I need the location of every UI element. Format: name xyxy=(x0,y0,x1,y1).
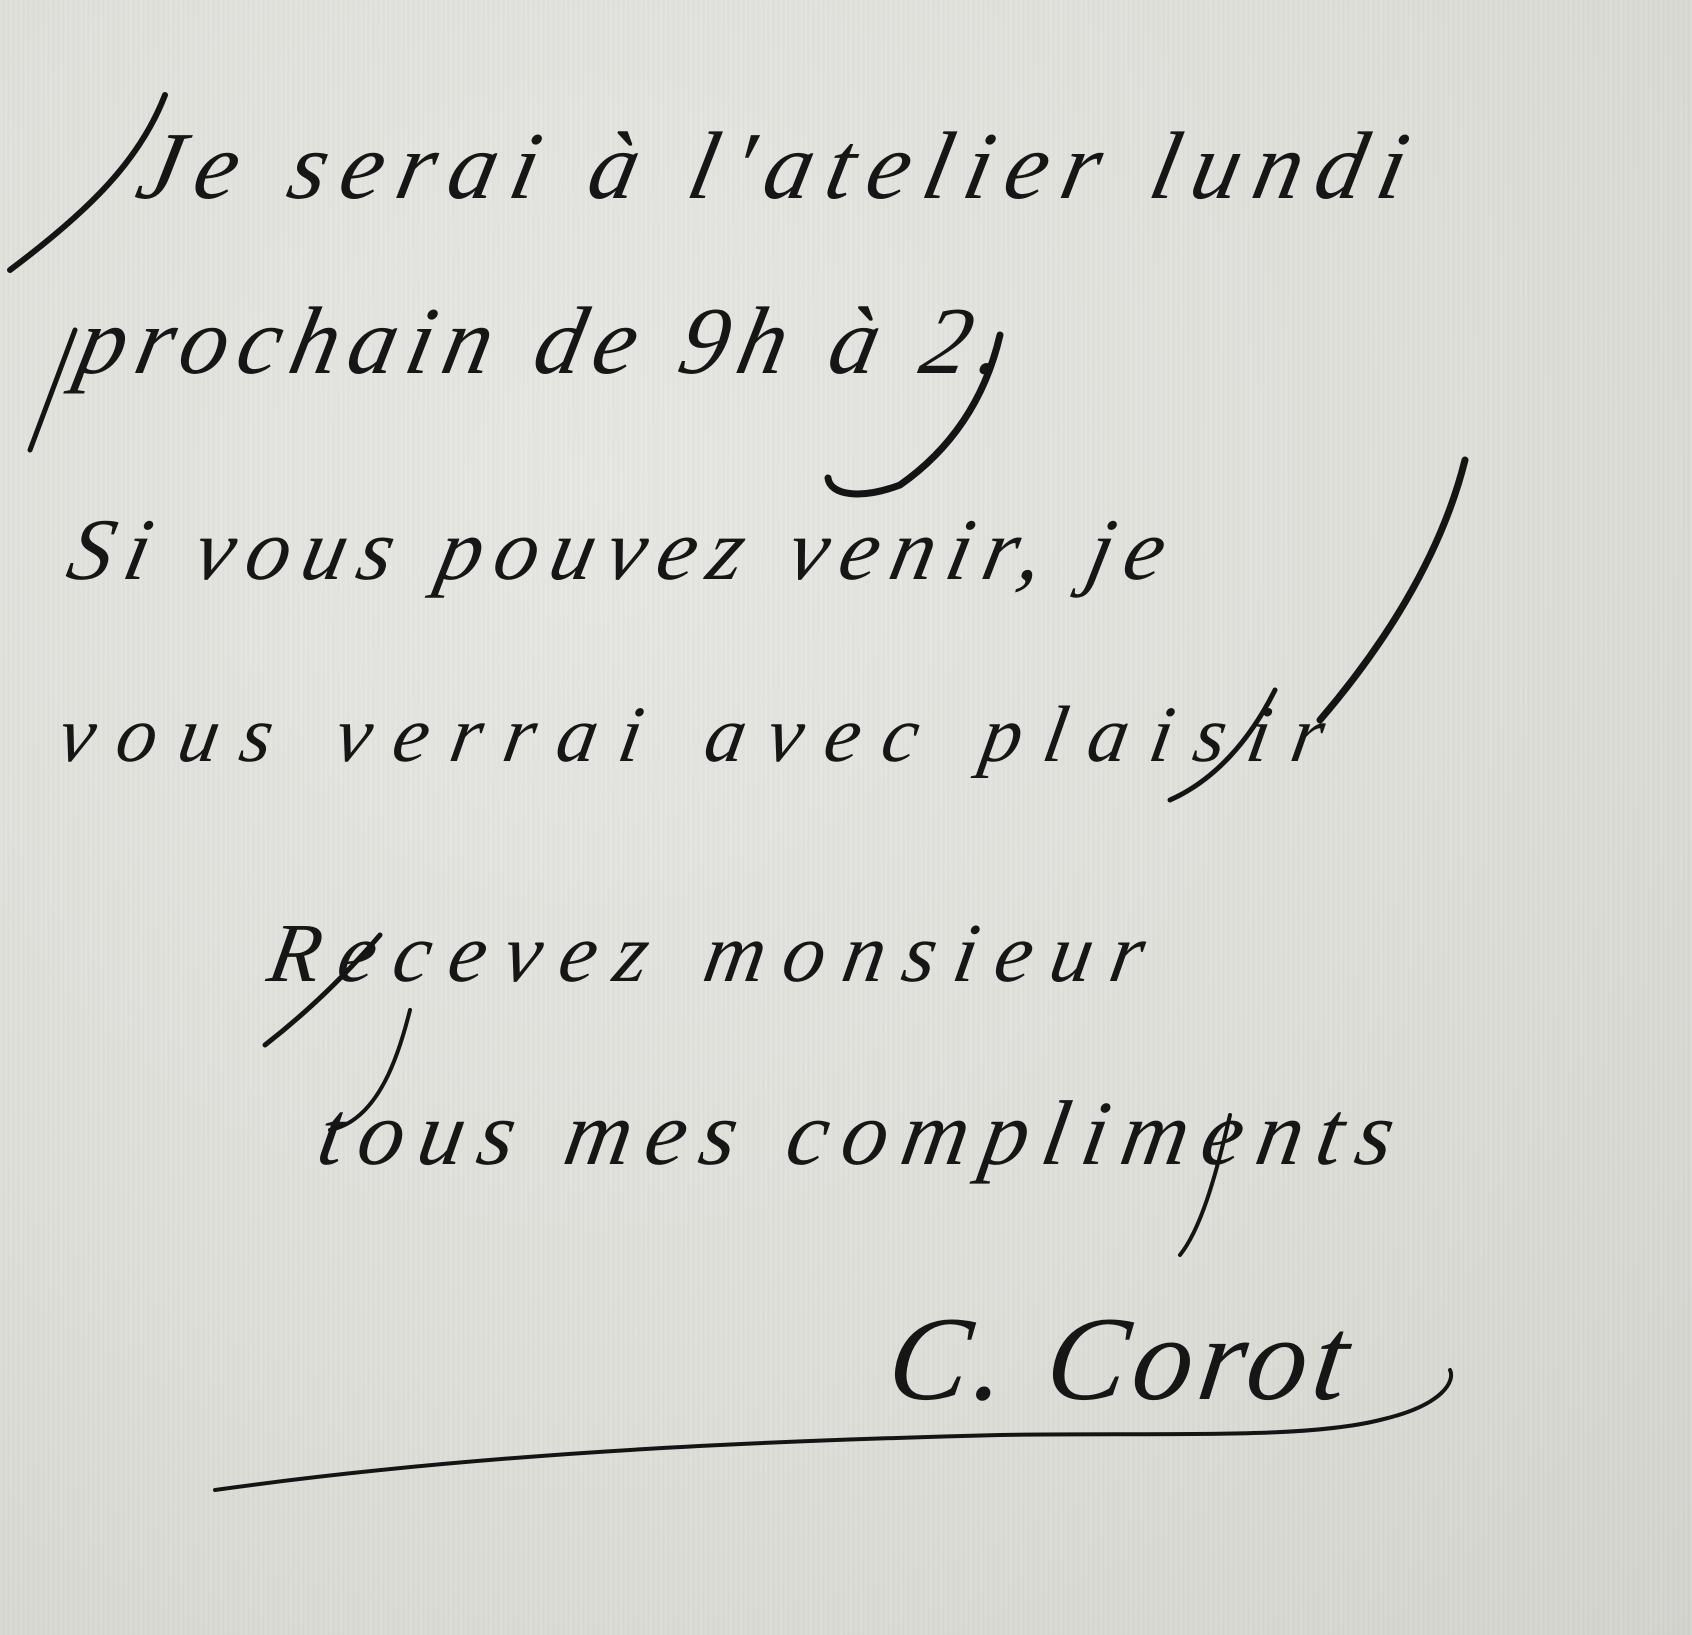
recevez-loop-stroke xyxy=(265,935,380,1045)
compliments-descender-stroke xyxy=(1180,1115,1230,1255)
plaisir-descender-stroke xyxy=(1170,690,1275,800)
je-slash-stroke xyxy=(1320,460,1465,720)
j-descender-stroke xyxy=(10,95,165,270)
nine-tail-stroke xyxy=(828,335,1000,494)
signature-underline xyxy=(215,1370,1451,1490)
p-descender-stroke xyxy=(30,330,75,450)
recevez-tail-stroke xyxy=(330,1010,410,1130)
ink-flourishes xyxy=(0,0,1692,1635)
